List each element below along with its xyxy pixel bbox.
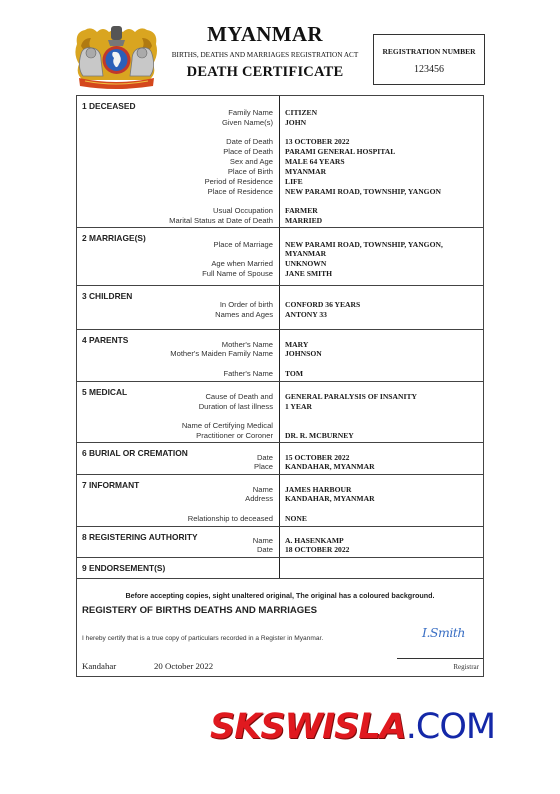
field-row: Practitioner or CoronerDR. R. MCBURNEY [77, 431, 483, 441]
field-value: 18 OCTOBER 2022 [285, 545, 349, 555]
field-row: Full Name of SpouseJANE SMITH [77, 269, 483, 279]
field-value: CONFORD 36 YEARS [285, 300, 360, 310]
field-label: Place of Death [223, 147, 273, 157]
field-value: ANTONY 33 [285, 310, 327, 320]
coat-of-arms-icon [73, 24, 160, 90]
field-row: Place of BirthMYANMAR [77, 167, 483, 177]
field-row: Given Name(s)JOHN [77, 118, 483, 128]
section-marriages: 2 MARRIAGE(S) Place of MarriageNEW PARAM… [77, 228, 483, 286]
issue-place: Kandahar [82, 661, 116, 671]
section-registering-authority: 8 REGISTERING AUTHORITY NameA. HASENKAMP… [77, 527, 483, 558]
field-label: Place [254, 462, 273, 472]
signature-line [397, 658, 483, 659]
field-row: Mother's Maiden Family NameJOHNSON [77, 349, 483, 359]
field-value: 1 YEAR [285, 402, 312, 412]
registration-act: BIRTHS, DEATHS AND MARRIAGES REGISTRATIO… [160, 51, 370, 59]
certificate-footer: Before accepting copies, sight unaltered… [77, 579, 483, 677]
field-label: Place of Birth [228, 167, 273, 177]
field-value: JANE SMITH [285, 269, 332, 279]
field-value: DR. R. MCBURNEY [285, 431, 354, 441]
field-label: Place of Residence [208, 187, 273, 197]
registration-number-label: REGISTRATION NUMBER [374, 47, 484, 56]
field-row: Period of ResidenceLIFE [77, 177, 483, 187]
field-row: Place of DeathPARAMI GENERAL HOSPITAL [77, 147, 483, 157]
field-label: Date [257, 545, 273, 555]
registration-number-value: 123456 [374, 64, 484, 75]
copy-notice: Before accepting copies, sight unaltered… [77, 591, 483, 600]
watermark-name: SKSWISLA [210, 707, 406, 747]
field-row: Name of Certifying Medical [77, 421, 483, 431]
field-row: Relationship to deceasedNONE [77, 514, 483, 524]
watermark-tld: .COM [406, 707, 495, 747]
field-value: MALE 64 YEARS [285, 157, 345, 167]
section-deceased: 1 DECEASED Family NameCITIZEN Given Name… [77, 96, 483, 228]
field-label: Given Name(s) [222, 118, 273, 128]
field-row: Date of Death13 OCTOBER 2022 [77, 137, 483, 147]
field-value: NONE [285, 514, 307, 524]
field-label: Relationship to deceased [188, 514, 273, 524]
field-row: Cause of Death andGENERAL PARALYSIS OF I… [77, 392, 483, 402]
registration-number-box: REGISTRATION NUMBER 123456 [373, 34, 485, 85]
field-label: Name of Certifying Medical [182, 421, 273, 431]
registrar-signature: I.Smith [422, 625, 465, 640]
field-row: PlaceKANDAHAR, MYANMAR [77, 462, 483, 472]
field-label: Practitioner or Coroner [196, 431, 273, 441]
field-value: KANDAHAR, MYANMAR [285, 462, 375, 472]
field-row: In Order of birthCONFORD 36 YEARS [77, 300, 483, 310]
field-value: PARAMI GENERAL HOSPITAL [285, 147, 395, 157]
field-label: Names and Ages [215, 310, 273, 320]
country-title: MYANMAR [160, 22, 370, 47]
field-row: Marital Status at Date of DeathMARRIED [77, 216, 483, 226]
site-watermark: SKSWISLA.COM [210, 707, 495, 747]
section-burial: 6 BURIAL OR CREMATION Date15 OCTOBER 202… [77, 443, 483, 475]
field-value: JOHNSON [285, 349, 322, 359]
field-value: NEW PARAMI ROAD, TOWNSHIP, YANGON [285, 187, 441, 197]
section-medical: 5 MEDICAL Cause of Death andGENERAL PARA… [77, 382, 483, 443]
section-parents: 4 PARENTS Mother's NameMARY Mother's Mai… [77, 330, 483, 382]
registry-name: REGISTERY OF BIRTHS DEATHS AND MARRIAGES [82, 605, 317, 616]
field-label: Period of Residence [205, 177, 273, 187]
field-label: Address [245, 494, 273, 504]
registrar-label: Registrar [453, 663, 479, 671]
certification-text: I hereby certify that is a true copy of … [82, 634, 352, 643]
field-row: Names and AgesANTONY 33 [77, 310, 483, 320]
field-row: Date18 OCTOBER 2022 [77, 545, 483, 555]
field-value: MYANMAR [285, 167, 326, 177]
field-label: Duration of last illness [199, 402, 273, 412]
issue-date: 20 October 2022 [154, 661, 213, 671]
field-row: Father's NameTOM [77, 369, 483, 379]
field-value: MYANMAR [285, 249, 326, 259]
field-label: Age when Married [211, 259, 273, 269]
certificate-form: 1 DECEASED Family NameCITIZEN Given Name… [76, 95, 484, 677]
field-row: Usual OccupationFARMER [77, 206, 483, 216]
field-value: 13 OCTOBER 2022 [285, 137, 349, 147]
field-label: Full Name of Spouse [202, 269, 273, 279]
field-label: Father's Name [223, 369, 273, 379]
field-label: Family Name [228, 108, 273, 118]
field-value: TOM [285, 369, 303, 379]
field-label: Cause of Death and [205, 392, 273, 402]
field-value: LIFE [285, 177, 303, 187]
field-value: GENERAL PARALYSIS OF INSANITY [285, 392, 417, 402]
field-label: Date of Death [226, 137, 273, 147]
field-label: In Order of birth [220, 300, 273, 310]
field-row: Family NameCITIZEN [77, 108, 483, 118]
field-value: UNKNOWN [285, 259, 326, 269]
field-label: Sex and Age [230, 157, 273, 167]
field-value: FARMER [285, 206, 318, 216]
document-title: DEATH CERTIFICATE [160, 64, 370, 81]
section-heading: 9 ENDORSEMENT(S) [82, 563, 165, 573]
field-row: Place of ResidenceNEW PARAMI ROAD, TOWNS… [77, 187, 483, 197]
section-endorsements: 9 ENDORSEMENT(S) [77, 558, 483, 579]
field-row: MYANMAR [77, 249, 483, 259]
field-label: Mother's Maiden Family Name [170, 349, 273, 359]
field-value: CITIZEN [285, 108, 317, 118]
section-informant: 7 INFORMANT NameJAMES HARBOUR AddressKAN… [77, 475, 483, 527]
field-row: Age when MarriedUNKNOWN [77, 259, 483, 269]
field-value: MARRIED [285, 216, 322, 226]
field-value: JOHN [285, 118, 306, 128]
field-row: Sex and AgeMALE 64 YEARS [77, 157, 483, 167]
section-children: 3 CHILDREN In Order of birthCONFORD 36 Y… [77, 286, 483, 330]
field-label: Marital Status at Date of Death [169, 216, 273, 226]
field-row: Duration of last illness1 YEAR [77, 402, 483, 412]
field-value: KANDAHAR, MYANMAR [285, 494, 375, 504]
field-row: AddressKANDAHAR, MYANMAR [77, 494, 483, 504]
field-label: Usual Occupation [213, 206, 273, 216]
